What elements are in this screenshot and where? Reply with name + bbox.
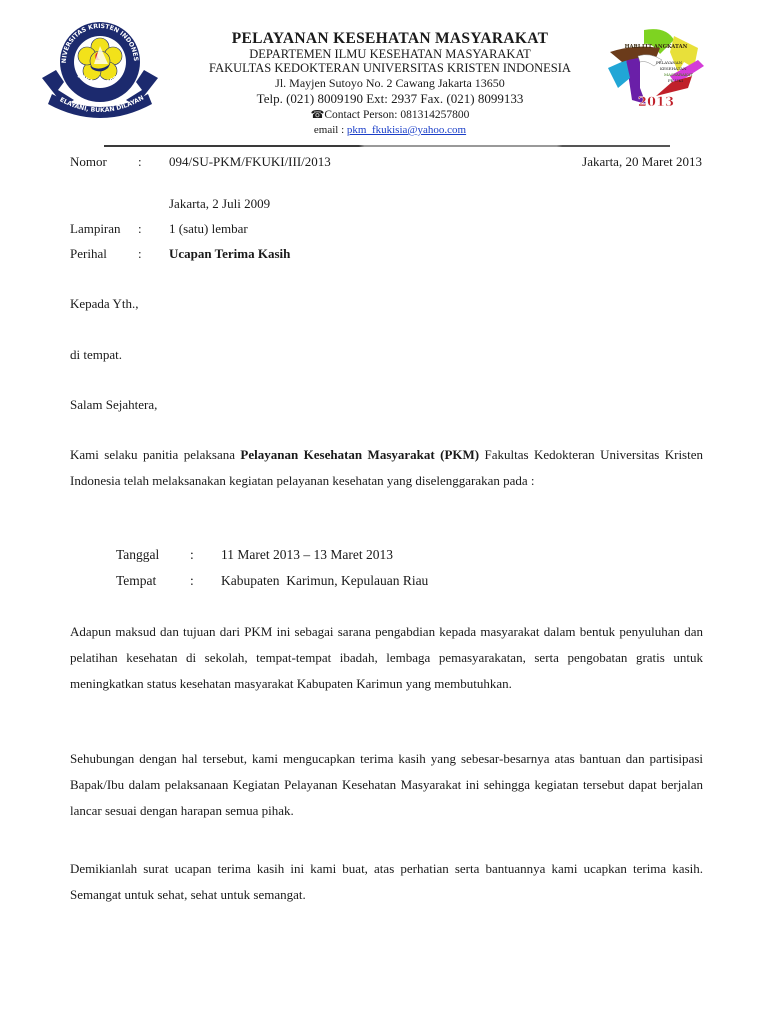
pkm-anniversary-logo-icon: HARI ITT ANGKATAN PELAYANAN KESEHATAN MA…	[604, 26, 708, 112]
department-name: DEPARTEMEN ILMU KESEHATAN MASYARAKAT	[190, 47, 590, 61]
telephone-icon: ☎	[311, 109, 325, 121]
perihal-value: Ucapan Terima Kasih	[169, 246, 290, 262]
detail-label: Tanggal	[116, 547, 159, 563]
perihal-colon: :	[138, 246, 142, 262]
paragraph-thanks: Sehubungan dengan hal tersebut, kami men…	[70, 746, 703, 824]
svg-text:KESEHATAN: KESEHATAN	[660, 66, 687, 71]
lampiran-colon: :	[138, 221, 142, 237]
svg-text:HARI ITT ANGKATAN: HARI ITT ANGKATAN	[625, 44, 688, 50]
pkm-name: Pelayanan Kesehatan Masyarakat (PKM)	[240, 447, 479, 462]
paragraph-purpose: Adapun maksud dan tujuan dari PKM ini se…	[70, 619, 703, 697]
letter-date: Jakarta, 20 Maret 2013	[582, 154, 702, 170]
nomor-label: Nomor	[70, 154, 107, 170]
phone-fax: Telp. (021) 8009190 Ext: 2937 Fax. (021)…	[190, 91, 590, 107]
email-row: email : pkm_fkukisia@yahoo.com	[190, 123, 590, 137]
letterhead-text: PELAYANAN KESEHATAN MASYARAKAT DEPARTEME…	[190, 30, 590, 137]
svg-text:MASYARAKAT: MASYARAKAT	[664, 72, 693, 77]
lampiran-value: 1 (satu) lembar	[169, 221, 248, 237]
address: Jl. Mayjen Sutoyo No. 2 Cawang Jakarta 1…	[190, 75, 590, 91]
svg-text:PELAYANAN: PELAYANAN	[656, 60, 683, 65]
recipient: Kepada Yth.,	[70, 296, 138, 312]
letterhead: UNIVERSITAS KRISTEN INDONESIA JAKARTA 19…	[0, 0, 768, 150]
lampiran-label: Lampiran	[70, 221, 121, 237]
email-link[interactable]: pkm_fkukisia@yahoo.com	[347, 124, 466, 136]
organization-name: PELAYANAN KESEHATAN MASYARAKAT	[190, 30, 590, 47]
svg-text:FK UKI: FK UKI	[668, 78, 683, 83]
detail-value: Kabupaten Karimun, Kepulauan Riau	[221, 573, 428, 589]
nomor-value: 094/SU-PKM/FKUKI/III/2013	[169, 154, 331, 170]
greeting: Salam Sejahtera,	[70, 397, 157, 413]
svg-text:2013: 2013	[638, 95, 674, 110]
paragraph-intro: Kami selaku panitia pelaksana Pelayanan …	[70, 442, 703, 494]
detail-label: Tempat	[116, 573, 156, 589]
nomor-colon: :	[138, 154, 142, 170]
paragraph-closing: Demikianlah surat ucapan terima kasih in…	[70, 856, 703, 908]
contact-person: ☎Contact Person: 081314257800	[190, 108, 590, 123]
university-logo-icon: UNIVERSITAS KRISTEN INDONESIA JAKARTA 19…	[38, 20, 162, 128]
secondary-date: Jakarta, 2 Juli 2009	[169, 196, 270, 212]
letterhead-divider	[104, 145, 670, 147]
place: di tempat.	[70, 347, 122, 363]
detail-value: 11 Maret 2013 – 13 Maret 2013	[221, 547, 393, 563]
faculty-name: FAKULTAS KEDOKTERAN UNIVERSITAS KRISTEN …	[178, 61, 602, 75]
letter-page: UNIVERSITAS KRISTEN INDONESIA JAKARTA 19…	[0, 0, 768, 1024]
perihal-label: Perihal	[70, 246, 107, 262]
